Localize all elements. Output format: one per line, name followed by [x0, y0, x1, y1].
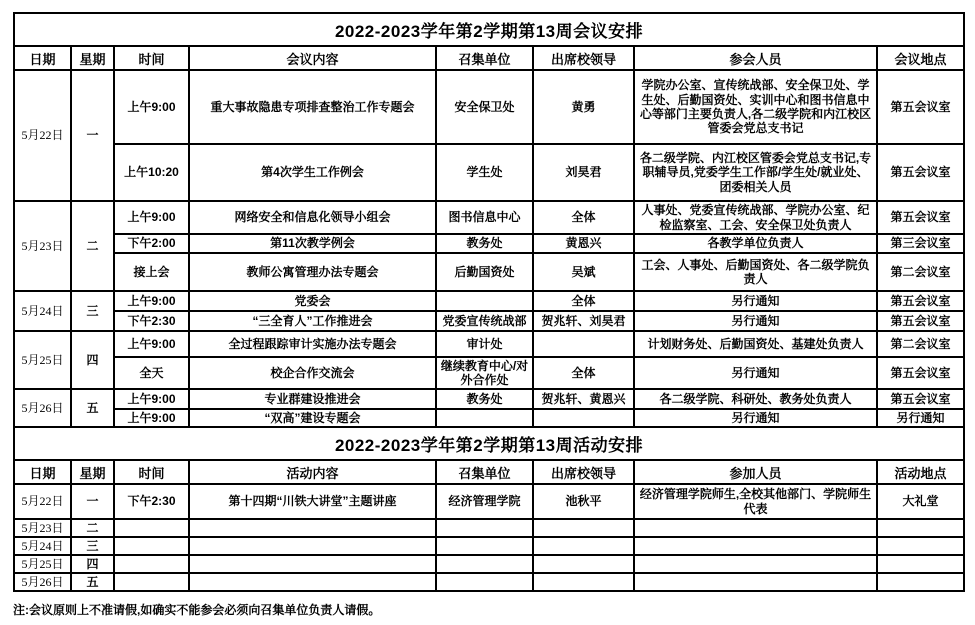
leader-cell: 吴斌	[533, 253, 634, 291]
column-header: 会议地点	[877, 46, 964, 70]
weekday-cell: 一	[71, 70, 114, 201]
time-cell: 接上会	[114, 253, 189, 291]
content-cell: 全过程跟踪审计实施办法专题会	[189, 331, 436, 357]
time-cell: 上午9:00	[114, 291, 189, 311]
location-cell: 第二会议室	[877, 331, 964, 357]
content-cell: 校企合作交流会	[189, 357, 436, 389]
time-cell: 下午2:30	[114, 484, 189, 519]
leader-cell: 全体	[533, 201, 634, 234]
table-row: 上午9:00“双高”建设专题会另行通知另行通知	[14, 409, 964, 427]
table-row: 5月24日三	[14, 537, 964, 555]
leader-cell	[533, 573, 634, 591]
table-row: 5月25日四	[14, 555, 964, 573]
column-header: 时间	[114, 460, 189, 484]
participants-cell	[634, 555, 877, 573]
content-cell: 第4次学生工作例会	[189, 144, 436, 201]
participants-cell: 另行通知	[634, 357, 877, 389]
organizer-cell: 图书信息中心	[436, 201, 533, 234]
content-cell	[189, 555, 436, 573]
participants-cell: 工会、人事处、后勤国资处、各二级学院负责人	[634, 253, 877, 291]
organizer-cell	[436, 519, 533, 537]
organizer-cell: 教务处	[436, 389, 533, 409]
participants-cell: 另行通知	[634, 311, 877, 331]
column-header: 出席校领导	[533, 46, 634, 70]
table-header-row: 日期星期时间活动内容召集单位出席校领导参加人员活动地点	[14, 460, 964, 484]
weekday-cell: 四	[71, 555, 114, 573]
schedule-table-body: 2022-2023学年第2学期第13周会议安排日期星期时间会议内容召集单位出席校…	[14, 13, 964, 591]
time-cell: 上午9:00	[114, 409, 189, 427]
leader-cell: 全体	[533, 291, 634, 311]
time-cell: 上午9:00	[114, 389, 189, 409]
leader-cell: 全体	[533, 357, 634, 389]
column-header: 日期	[14, 460, 71, 484]
location-cell: 第五会议室	[877, 201, 964, 234]
location-cell: 第三会议室	[877, 234, 964, 253]
date-cell: 5月26日	[14, 573, 71, 591]
location-cell	[877, 555, 964, 573]
content-cell: 专业群建设推进会	[189, 389, 436, 409]
content-cell: 第十四期“川铁大讲堂”主题讲座	[189, 484, 436, 519]
leader-cell	[533, 519, 634, 537]
table-row: 5月26日五	[14, 573, 964, 591]
content-cell	[189, 519, 436, 537]
time-cell	[114, 537, 189, 555]
location-cell: 第五会议室	[877, 311, 964, 331]
organizer-cell	[436, 537, 533, 555]
table-row: 5月26日五上午9:00专业群建设推进会教务处贺兆轩、黄恩兴各二级学院、科研处、…	[14, 389, 964, 409]
table-row: 全天校企合作交流会继续教育中心/对外合作处全体另行通知第五会议室	[14, 357, 964, 389]
location-cell	[877, 537, 964, 555]
date-cell: 5月25日	[14, 331, 71, 389]
table-row: 5月23日二	[14, 519, 964, 537]
table-row: 5月23日二上午9:00网络安全和信息化领导小组会图书信息中心全体人事处、党委宣…	[14, 201, 964, 234]
organizer-cell: 党委宣传统战部	[436, 311, 533, 331]
table-row: 下午2:30“三全育人”工作推进会党委宣传统战部贺兆轩、刘昊君另行通知第五会议室	[14, 311, 964, 331]
column-header: 会议内容	[189, 46, 436, 70]
time-cell: 上午9:00	[114, 70, 189, 144]
content-cell: 第11次教学例会	[189, 234, 436, 253]
organizer-cell: 经济管理学院	[436, 484, 533, 519]
organizer-cell: 继续教育中心/对外合作处	[436, 357, 533, 389]
organizer-cell: 后勤国资处	[436, 253, 533, 291]
date-cell: 5月22日	[14, 484, 71, 519]
location-cell: 第二会议室	[877, 253, 964, 291]
location-cell: 大礼堂	[877, 484, 964, 519]
participants-cell: 计划财务处、后勤国资处、基建处负责人	[634, 331, 877, 357]
column-header: 星期	[71, 46, 114, 70]
schedule-table: 2022-2023学年第2学期第13周会议安排日期星期时间会议内容召集单位出席校…	[13, 12, 965, 592]
leader-cell: 池秋平	[533, 484, 634, 519]
column-header: 日期	[14, 46, 71, 70]
date-cell: 5月23日	[14, 201, 71, 291]
participants-cell: 各二级学院、内江校区管委会党总支书记,专职辅导员,党委学生工作部/学生处/就业处…	[634, 144, 877, 201]
schedule-sheet: 2022-2023学年第2学期第13周会议安排日期星期时间会议内容召集单位出席校…	[13, 12, 965, 618]
weekday-cell: 二	[71, 201, 114, 291]
content-cell	[189, 537, 436, 555]
leader-cell: 贺兆轩、刘昊君	[533, 311, 634, 331]
participants-cell: 各二级学院、科研处、教务处负责人	[634, 389, 877, 409]
time-cell	[114, 555, 189, 573]
date-cell: 5月24日	[14, 291, 71, 331]
content-cell: “双高”建设专题会	[189, 409, 436, 427]
participants-cell: 经济管理学院师生,全校其他部门、学院师生代表	[634, 484, 877, 519]
weekday-cell: 四	[71, 331, 114, 389]
content-cell: 党委会	[189, 291, 436, 311]
participants-cell	[634, 537, 877, 555]
organizer-cell	[436, 291, 533, 311]
content-cell: 教师公寓管理办法专题会	[189, 253, 436, 291]
organizer-cell: 学生处	[436, 144, 533, 201]
column-header: 时间	[114, 46, 189, 70]
footer-note: 注:会议原则上不准请假,如确实不能参会必须向召集单位负责人请假。	[13, 601, 965, 618]
organizer-cell: 教务处	[436, 234, 533, 253]
table-row: 5月22日一上午9:00重大事故隐患专项排查整治工作专题会安全保卫处黄勇学院办公…	[14, 70, 964, 144]
participants-cell: 各教学单位负责人	[634, 234, 877, 253]
table-title-row: 2022-2023学年第2学期第13周活动安排	[14, 427, 964, 460]
time-cell	[114, 519, 189, 537]
organizer-cell	[436, 573, 533, 591]
content-cell: 重大事故隐患专项排查整治工作专题会	[189, 70, 436, 144]
leader-cell: 贺兆轩、黄恩兴	[533, 389, 634, 409]
location-cell	[877, 573, 964, 591]
table-header-row: 日期星期时间会议内容召集单位出席校领导参会人员会议地点	[14, 46, 964, 70]
content-cell: 网络安全和信息化领导小组会	[189, 201, 436, 234]
leader-cell	[533, 331, 634, 357]
participants-cell: 人事处、党委宣传统战部、学院办公室、纪检监察室、工会、安全保卫处负责人	[634, 201, 877, 234]
participants-cell: 另行通知	[634, 409, 877, 427]
leader-cell	[533, 537, 634, 555]
table-title-row: 2022-2023学年第2学期第13周会议安排	[14, 13, 964, 46]
leader-cell: 黄恩兴	[533, 234, 634, 253]
location-cell: 第五会议室	[877, 357, 964, 389]
date-cell: 5月26日	[14, 389, 71, 427]
time-cell: 下午2:30	[114, 311, 189, 331]
column-header: 出席校领导	[533, 460, 634, 484]
weekday-cell: 五	[71, 389, 114, 427]
date-cell: 5月24日	[14, 537, 71, 555]
organizer-cell	[436, 555, 533, 573]
column-header: 参加人员	[634, 460, 877, 484]
weekday-cell: 三	[71, 291, 114, 331]
organizer-cell: 安全保卫处	[436, 70, 533, 144]
time-cell: 上午9:00	[114, 201, 189, 234]
weekday-cell: 五	[71, 573, 114, 591]
participants-cell	[634, 573, 877, 591]
time-cell: 上午10:20	[114, 144, 189, 201]
table-row: 下午2:00第11次教学例会教务处黄恩兴各教学单位负责人第三会议室	[14, 234, 964, 253]
table-row: 5月22日一下午2:30第十四期“川铁大讲堂”主题讲座经济管理学院池秋平经济管理…	[14, 484, 964, 519]
time-cell: 下午2:00	[114, 234, 189, 253]
location-cell: 第五会议室	[877, 70, 964, 144]
participants-cell: 学院办公室、宣传统战部、安全保卫处、学生处、后勤国资处、实训中心和图书信息中心等…	[634, 70, 877, 144]
column-header: 活动地点	[877, 460, 964, 484]
meeting-table-title: 2022-2023学年第2学期第13周会议安排	[14, 13, 964, 46]
column-header: 活动内容	[189, 460, 436, 484]
weekday-cell: 二	[71, 519, 114, 537]
weekday-cell: 一	[71, 484, 114, 519]
organizer-cell: 审计处	[436, 331, 533, 357]
leader-cell	[533, 409, 634, 427]
participants-cell: 另行通知	[634, 291, 877, 311]
organizer-cell	[436, 409, 533, 427]
activity-table-title: 2022-2023学年第2学期第13周活动安排	[14, 427, 964, 460]
leader-cell: 刘昊君	[533, 144, 634, 201]
leader-cell: 黄勇	[533, 70, 634, 144]
participants-cell	[634, 519, 877, 537]
location-cell: 第五会议室	[877, 291, 964, 311]
time-cell: 上午9:00	[114, 331, 189, 357]
time-cell	[114, 573, 189, 591]
location-cell: 另行通知	[877, 409, 964, 427]
table-row: 5月25日四上午9:00全过程跟踪审计实施办法专题会审计处计划财务处、后勤国资处…	[14, 331, 964, 357]
location-cell	[877, 519, 964, 537]
leader-cell	[533, 555, 634, 573]
column-header: 召集单位	[436, 460, 533, 484]
column-header: 召集单位	[436, 46, 533, 70]
column-header: 参会人员	[634, 46, 877, 70]
column-header: 星期	[71, 460, 114, 484]
location-cell: 第五会议室	[877, 389, 964, 409]
table-row: 接上会教师公寓管理办法专题会后勤国资处吴斌工会、人事处、后勤国资处、各二级学院负…	[14, 253, 964, 291]
date-cell: 5月23日	[14, 519, 71, 537]
content-cell	[189, 573, 436, 591]
table-row: 上午10:20第4次学生工作例会学生处刘昊君各二级学院、内江校区管委会党总支书记…	[14, 144, 964, 201]
date-cell: 5月25日	[14, 555, 71, 573]
date-cell: 5月22日	[14, 70, 71, 201]
weekday-cell: 三	[71, 537, 114, 555]
table-row: 5月24日三上午9:00党委会全体另行通知第五会议室	[14, 291, 964, 311]
location-cell: 第五会议室	[877, 144, 964, 201]
content-cell: “三全育人”工作推进会	[189, 311, 436, 331]
time-cell: 全天	[114, 357, 189, 389]
